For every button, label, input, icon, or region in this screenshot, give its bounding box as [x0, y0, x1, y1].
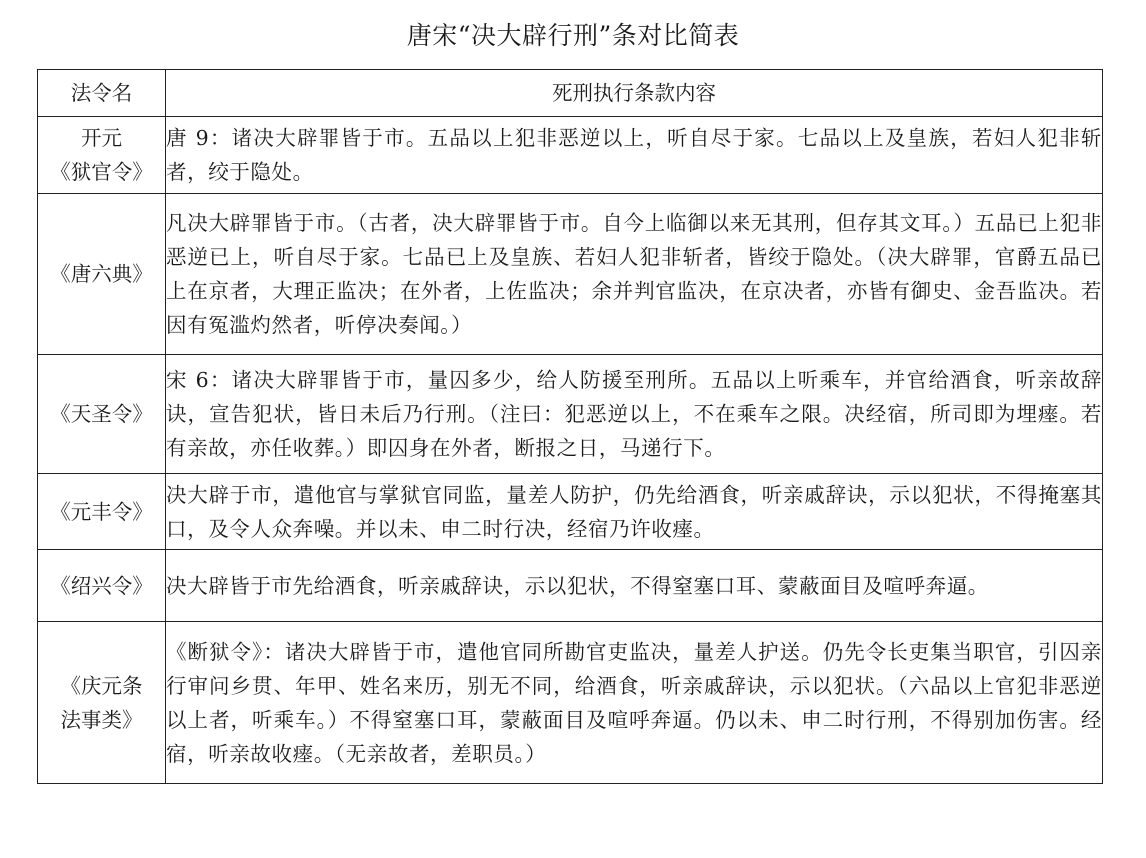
table-row: 《绍兴令》 决大辟皆于市先给酒食，听亲戚辞诀，示以犯状，不得窒塞口耳、蒙蔽面目及…: [38, 550, 1103, 622]
table-row: 《元丰令》 决大辟于市，遣他官与掌狱官同监，量差人防护，仍先给酒食，听亲戚辞诀，…: [38, 474, 1103, 550]
law-name-cell: 《唐六典》: [38, 194, 166, 355]
law-name-cell: 《元丰令》: [38, 474, 166, 550]
law-name: 开元: [38, 121, 165, 155]
law-name: 《庆元条: [38, 669, 165, 703]
clause-content: 宋 6：诸决大辟罪皆于市，量囚多少，给人防援至刑所。五品以上听乘车，并官给酒食，…: [166, 355, 1103, 474]
page-title: 唐宋“决大辟行刑”条对比简表: [0, 18, 1146, 54]
clause-content: 凡决大辟罪皆于市。（古者，决大辟罪皆于市。自今上临御以来无其刑，但存其文耳。）五…: [166, 194, 1103, 355]
law-name-cell: 《庆元条 法事类》: [38, 622, 166, 784]
table-row: 《庆元条 法事类》 《断狱令》：诸决大辟皆于市，遣他官同所勘官吏监决，量差人护送…: [38, 622, 1103, 784]
law-name: 《狱官令》: [38, 155, 165, 189]
clause-content: 唐 9：诸决大辟罪皆于市。五品以上犯非恶逆以上，听自尽于家。七品以上及皇族，若妇…: [166, 117, 1103, 194]
law-name: 《唐六典》: [38, 257, 165, 291]
clause-content: 《断狱令》：诸决大辟皆于市，遣他官同所勘官吏监决，量差人护送。仍先令长吏集当职官…: [166, 622, 1103, 784]
header-clause-content: 死刑执行条款内容: [166, 70, 1103, 117]
law-name: 《绍兴令》: [38, 569, 165, 603]
law-name-cell: 开元 《狱官令》: [38, 117, 166, 194]
comparison-table: 法令名 死刑执行条款内容 开元 《狱官令》 唐 9：诸决大辟罪皆于市。五品以上犯…: [37, 69, 1103, 784]
table-header-row: 法令名 死刑执行条款内容: [38, 70, 1103, 117]
table-row: 《天圣令》 宋 6：诸决大辟罪皆于市，量囚多少，给人防援至刑所。五品以上听乘车，…: [38, 355, 1103, 474]
table-row: 开元 《狱官令》 唐 9：诸决大辟罪皆于市。五品以上犯非恶逆以上，听自尽于家。七…: [38, 117, 1103, 194]
law-name-cell: 《绍兴令》: [38, 550, 166, 622]
clause-content: 决大辟皆于市先给酒食，听亲戚辞诀，示以犯状，不得窒塞口耳、蒙蔽面目及喧呼奔逼。: [166, 550, 1103, 622]
law-name: 《天圣令》: [38, 397, 165, 431]
table-row: 《唐六典》 凡决大辟罪皆于市。（古者，决大辟罪皆于市。自今上临御以来无其刑，但存…: [38, 194, 1103, 355]
law-name-cell: 《天圣令》: [38, 355, 166, 474]
clause-content: 决大辟于市，遣他官与掌狱官同监，量差人防护，仍先给酒食，听亲戚辞诀，示以犯状，不…: [166, 474, 1103, 550]
law-name: 法事类》: [38, 703, 165, 737]
law-name: 《元丰令》: [38, 495, 165, 529]
header-law-name: 法令名: [38, 70, 166, 117]
